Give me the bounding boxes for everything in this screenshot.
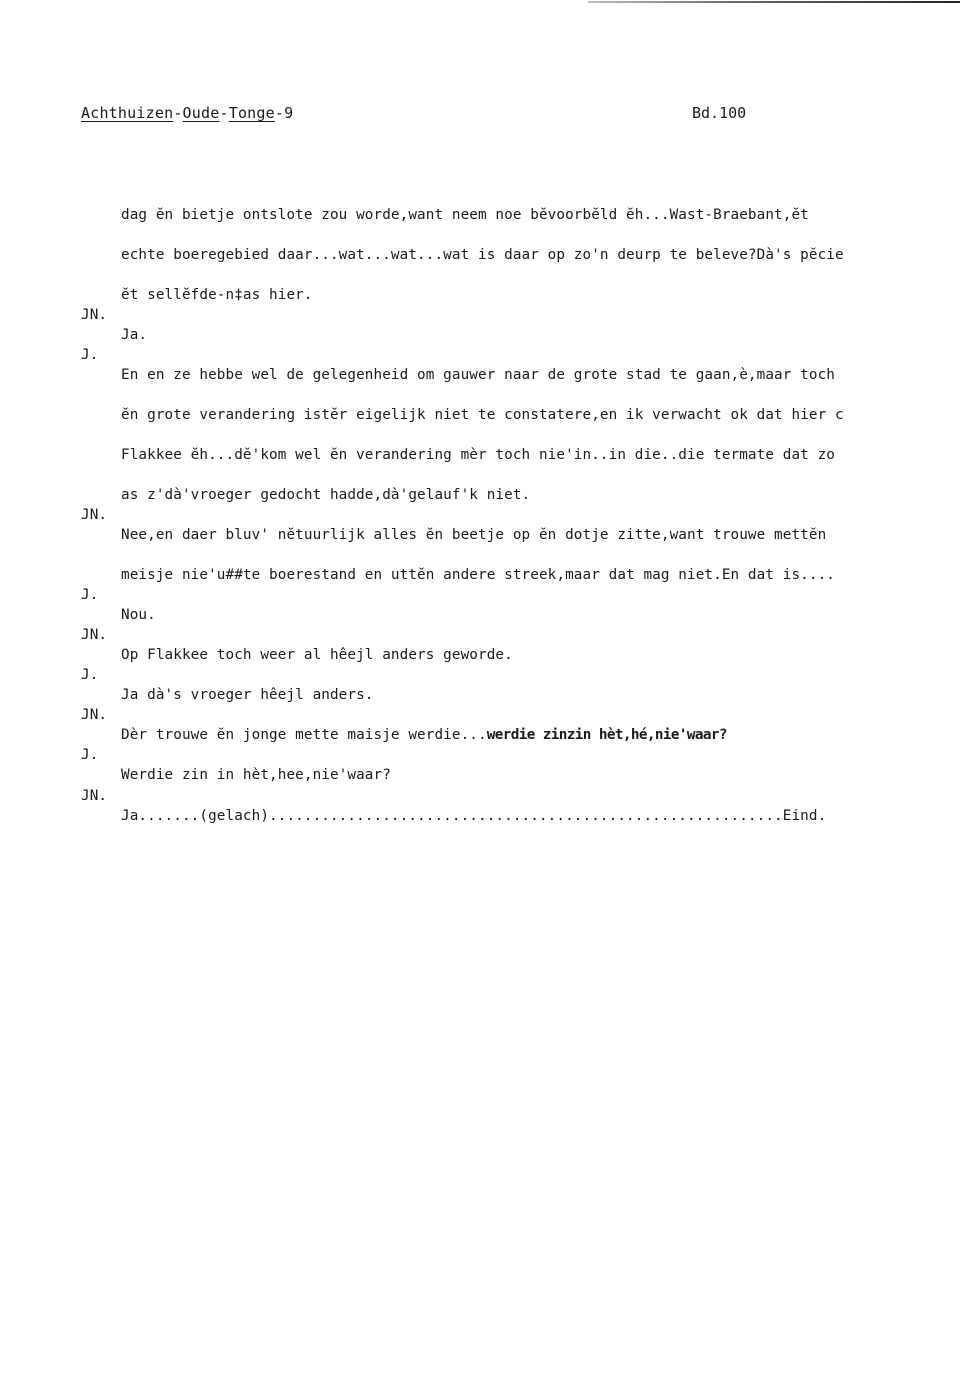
- line-text: Ja.: [121, 325, 147, 345]
- speaker-label: J.: [81, 745, 98, 765]
- line-text: echte boeregebied daar...wat...wat...wat…: [121, 245, 844, 265]
- page-number: Bd.100: [692, 104, 746, 122]
- scan-edge-rule: [588, 1, 960, 3]
- title-sep: -: [173, 104, 182, 122]
- speaker-label: JN.: [81, 505, 107, 525]
- line-text: Ja.......(gelach).......................…: [121, 806, 826, 826]
- title-part-place3: Tonge: [229, 104, 275, 122]
- speaker-label: J.: [81, 585, 98, 605]
- line-text: dag ĕn bietje ontslote zou worde,want ne…: [121, 205, 809, 225]
- line-text: Werdie zin in hèt,hee,nie'waar?: [121, 765, 391, 785]
- line-text: En en ze hebbe wel de gelegenheid om gau…: [121, 365, 835, 385]
- line-text: Nou.: [121, 605, 156, 625]
- line-text-group: Dèr trouwe ĕn jonge mette maisje werdie.…: [121, 725, 727, 745]
- speaker-label: J.: [81, 345, 98, 365]
- line-text: meisje nie'u##te boerestand en uttĕn and…: [121, 565, 835, 585]
- line-text: Nee,en daer bluv' nĕtuurlijk alles ĕn be…: [121, 525, 826, 545]
- transcript-line: JN. Ja.......(gelach)...................…: [0, 766, 35, 846]
- title-number: -9: [275, 104, 293, 122]
- line-text: as z'dà'vroeger gedocht hadde,dà'gelauf'…: [121, 485, 530, 505]
- speaker-label: JN.: [81, 625, 107, 645]
- line-text: ĕt sellĕfde-n‡as hier.: [121, 285, 313, 305]
- title-sep: -: [219, 104, 228, 122]
- speaker-label: JN.: [81, 705, 107, 725]
- speaker-label: JN.: [81, 305, 107, 325]
- line-text: Dèr trouwe ĕn jonge mette maisje werdie.…: [121, 727, 487, 743]
- speaker-label: JN.: [81, 786, 107, 806]
- line-text: Flakkee ĕh...dĕ'kom wel ĕn verandering m…: [121, 445, 835, 465]
- line-text: ĕn grote verandering istĕr eigelijk niet…: [121, 405, 844, 425]
- line-text: Op Flakkee toch weer al hêejl anders gew…: [121, 645, 513, 665]
- document-title: Achthuizen-Oude-Tonge-9: [81, 104, 293, 122]
- speaker-label: J.: [81, 665, 98, 685]
- struck-out-text: werdie zinzin hèt,hé,nie'waar?: [487, 727, 727, 743]
- line-text: Ja dà's vroeger hêejl anders.: [121, 685, 374, 705]
- title-part-place1: Achthuizen: [81, 104, 173, 122]
- title-part-place2: Oude: [183, 104, 220, 122]
